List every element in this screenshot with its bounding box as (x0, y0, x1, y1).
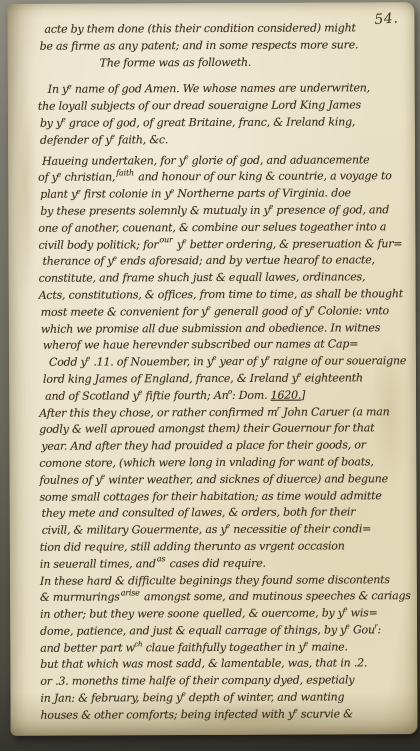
superscript: e (343, 606, 347, 614)
interlinear-insertion: faith (116, 168, 134, 177)
paragraph: Haueing undertaken, for ye glorie of god… (38, 152, 408, 406)
manuscript-line: constitute, and frame shuch just & equal… (39, 269, 408, 287)
superscript: e (101, 473, 105, 481)
manuscript-line: wherof we haue herevnder subscribed our … (43, 336, 408, 354)
paragraph: In ye name of god Amen. We whose names a… (38, 81, 407, 150)
superscript: e (207, 304, 211, 312)
superscript: 1620. (271, 388, 302, 401)
manuscript-line: and better part wch claue faithfully tog… (40, 639, 409, 657)
manuscript-line: The forme was as followeth. (100, 54, 407, 72)
manuscript-line: in other; but they were soone quelled, &… (40, 605, 409, 623)
manuscript-line: one of another, couenant, & combine our … (38, 219, 407, 237)
manuscript-line: and of Scotland ye fiftie fourth; Ano: D… (45, 387, 408, 405)
manuscript-line: After this they chose, or rather confirm… (39, 404, 408, 422)
manuscript-line: by ye grace of god, of great Britaine, f… (40, 114, 407, 132)
superscript: e (170, 187, 174, 195)
manuscript-line: acte by them done (this their condition … (44, 20, 406, 38)
superscript: e (294, 707, 298, 715)
interlinear-insertion: as (157, 554, 166, 563)
manuscript-line: Haueing undertaken, for ye glorie of god… (42, 152, 407, 170)
manuscript-line: houses & other comforts; being infected … (40, 706, 409, 724)
manuscript-line: civill body politick; forour ye better o… (38, 236, 407, 254)
superscript: e (57, 170, 61, 178)
superscript: e (182, 237, 186, 245)
manuscript-line: civill, & military Gouermente, as ye nec… (42, 521, 409, 539)
manuscript-line: by these presents solemnly & mutualy in … (40, 202, 407, 220)
superscript: e (111, 133, 115, 141)
paragraph: acte by them done (this their condition … (37, 20, 406, 72)
manuscript-line: the loyall subjects of our dread souerai… (38, 97, 407, 115)
manuscript-line: but that which was most sadd, & lamentab… (40, 656, 409, 674)
superscript: e (113, 254, 117, 262)
superscript: e (297, 371, 301, 379)
manuscript-page: 54. acte by them done (this their condit… (7, 2, 417, 736)
interlinear-insertion: our (159, 235, 172, 244)
manuscript-line: be as firme as any patent; and in some r… (40, 37, 407, 55)
superscript: r (374, 623, 377, 631)
manuscript-line: tion did require, still adding therunto … (40, 538, 409, 556)
superscript: e (212, 354, 216, 362)
manuscript-line: year. And after they had prouided a plac… (41, 437, 408, 455)
manuscript-line: foulnes of ye winter weather, and sickne… (39, 471, 408, 489)
manuscript-line: In these hard & difficulte beginings the… (40, 572, 409, 590)
manuscript-line: In ye name of god Amen. We whose names a… (48, 81, 407, 99)
superscript: e (304, 640, 308, 648)
manuscript-photo: 54. acte by them done (this their condit… (0, 0, 420, 751)
superscript: e (226, 522, 230, 530)
superscript: ch (134, 640, 142, 648)
superscript: e (77, 187, 81, 195)
manuscript-line: therance of ye ends aforesaid; and by ve… (42, 253, 407, 271)
manuscript-line: in Jan: & february, being ye depth of wi… (40, 689, 409, 707)
superscript: e (182, 691, 186, 699)
manuscript-line: dome, patience, and just & equall carrag… (40, 622, 409, 640)
manuscript-line: Acts, constitutions, & offices, from tim… (39, 286, 408, 304)
superscript: e (266, 354, 270, 362)
interlinear-insertion: arise (121, 588, 140, 597)
superscript: e (138, 388, 142, 396)
superscript: e (184, 153, 188, 161)
manuscript-line: godly & well aproued amongst them) their… (39, 420, 408, 438)
manuscript-text: acte by them done (this their condition … (7, 2, 417, 736)
manuscript-line: comone store, (which were long in vnladi… (39, 454, 408, 472)
manuscript-line: they mete and consulted of lawes, & orde… (42, 504, 409, 522)
paragraph: After this they chose, or rather confirm… (39, 404, 409, 574)
superscript: e (346, 623, 350, 631)
manuscript-line: in seuerall times, andas cases did requi… (40, 555, 409, 573)
manuscript-line: plant ye first colonie in ye Northerne p… (40, 185, 407, 203)
superscript: e (62, 116, 66, 124)
manuscript-line: which we promise all due submission and … (41, 320, 408, 338)
superscript: e (310, 304, 314, 312)
superscript: e (86, 355, 90, 363)
superscript: r (277, 405, 280, 413)
manuscript-line: lord king James of England, france, & Ir… (43, 370, 408, 388)
superscript: e (68, 82, 72, 90)
manuscript-line: some small cottages for their habitation… (40, 488, 409, 506)
manuscript-line: of ye christian,faith and honour of our … (38, 169, 407, 187)
superscript: e (269, 203, 273, 211)
manuscript-line: defender of ye faith, &c. (40, 131, 407, 149)
paragraph: In these hard & difficulte beginings the… (40, 572, 409, 658)
paragraph: but that which was most sadd, & lamentab… (40, 656, 409, 725)
superscript: o (228, 388, 232, 396)
manuscript-line: or .3. moneths time halfe of their compa… (40, 672, 409, 690)
manuscript-line: Codd ye .11. of Nouember, in ye year of … (49, 353, 408, 371)
manuscript-line: & murmuringsarise amongst some, and muti… (40, 588, 409, 606)
manuscript-line: most meete & convenient for ye generall … (41, 303, 408, 321)
